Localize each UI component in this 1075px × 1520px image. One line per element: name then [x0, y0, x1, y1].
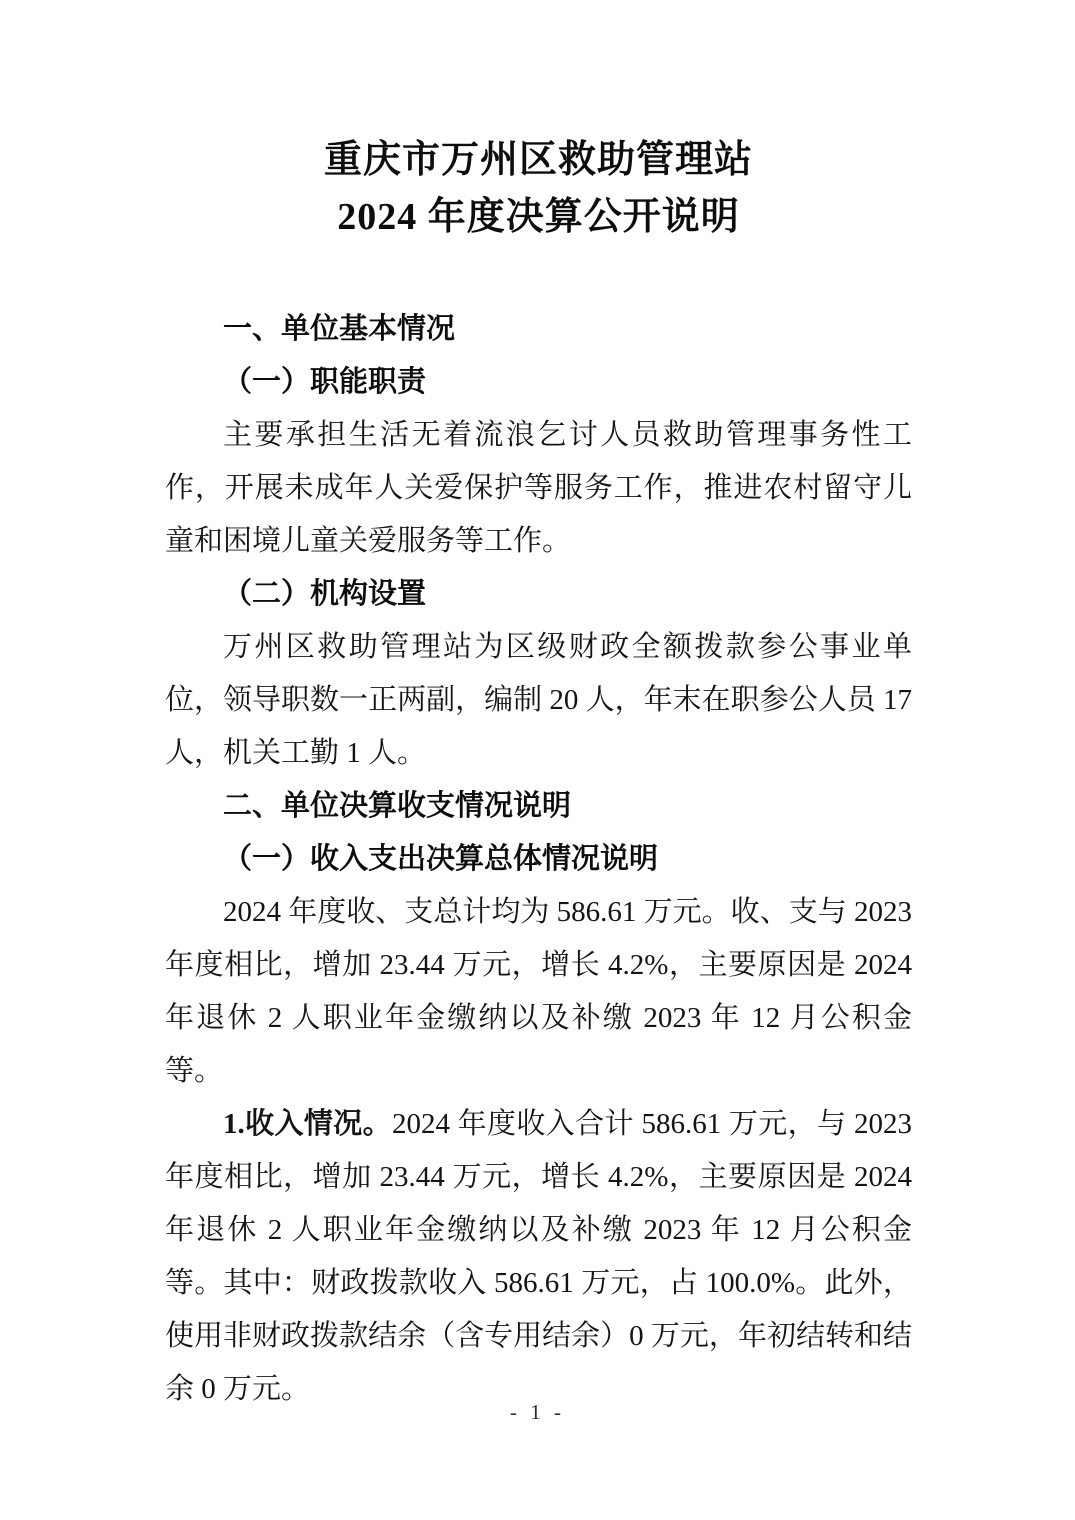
page-number: - 1 - [0, 1398, 1075, 1426]
section-1-heading: 一、单位基本情况 [165, 303, 912, 356]
income-detail-text: 2024 年度收入合计 586.61 万元，与 2023 年度相比，增加 23.… [165, 1108, 912, 1405]
document-content: 重庆市万州区救助管理站 2024 年度决算公开说明 一、单位基本情况 （一）职能… [0, 0, 1075, 1416]
paragraph-budget-overview: 2024 年度收、支总计均为 586.61 万元。收、支与 2023 年度相比，… [165, 886, 912, 1098]
subsection-2-1-heading: （一）收入支出决算总体情况说明 [165, 833, 912, 886]
paragraph-duties: 主要承担生活无着流浪乞讨人员救助管理事务性工作，开展未成年人关爱保护等服务工作，… [165, 409, 912, 568]
document-title-line-2: 2024 年度决算公开说明 [165, 189, 912, 246]
subsection-1-2-heading: （二）机构设置 [165, 568, 912, 621]
paragraph-org-setup: 万州区救助管理站为区级财政全额拨款参公事业单位，领导职数一正两副，编制 20 人… [165, 621, 912, 780]
document-body: 一、单位基本情况 （一）职能职责 主要承担生活无着流浪乞讨人员救助管理事务性工作… [165, 303, 912, 1416]
document-page: 重庆市万州区救助管理站 2024 年度决算公开说明 一、单位基本情况 （一）职能… [0, 0, 1075, 1520]
paragraph-income-detail: 1.收入情况。2024 年度收入合计 586.61 万元，与 2023 年度相比… [165, 1098, 912, 1416]
document-title: 重庆市万州区救助管理站 2024 年度决算公开说明 [165, 0, 912, 246]
document-title-line-1: 重庆市万州区救助管理站 [165, 132, 912, 189]
section-2-heading: 二、单位决算收支情况说明 [165, 780, 912, 833]
subsection-1-1-heading: （一）职能职责 [165, 356, 912, 409]
income-detail-lead: 1.收入情况。 [223, 1108, 392, 1140]
